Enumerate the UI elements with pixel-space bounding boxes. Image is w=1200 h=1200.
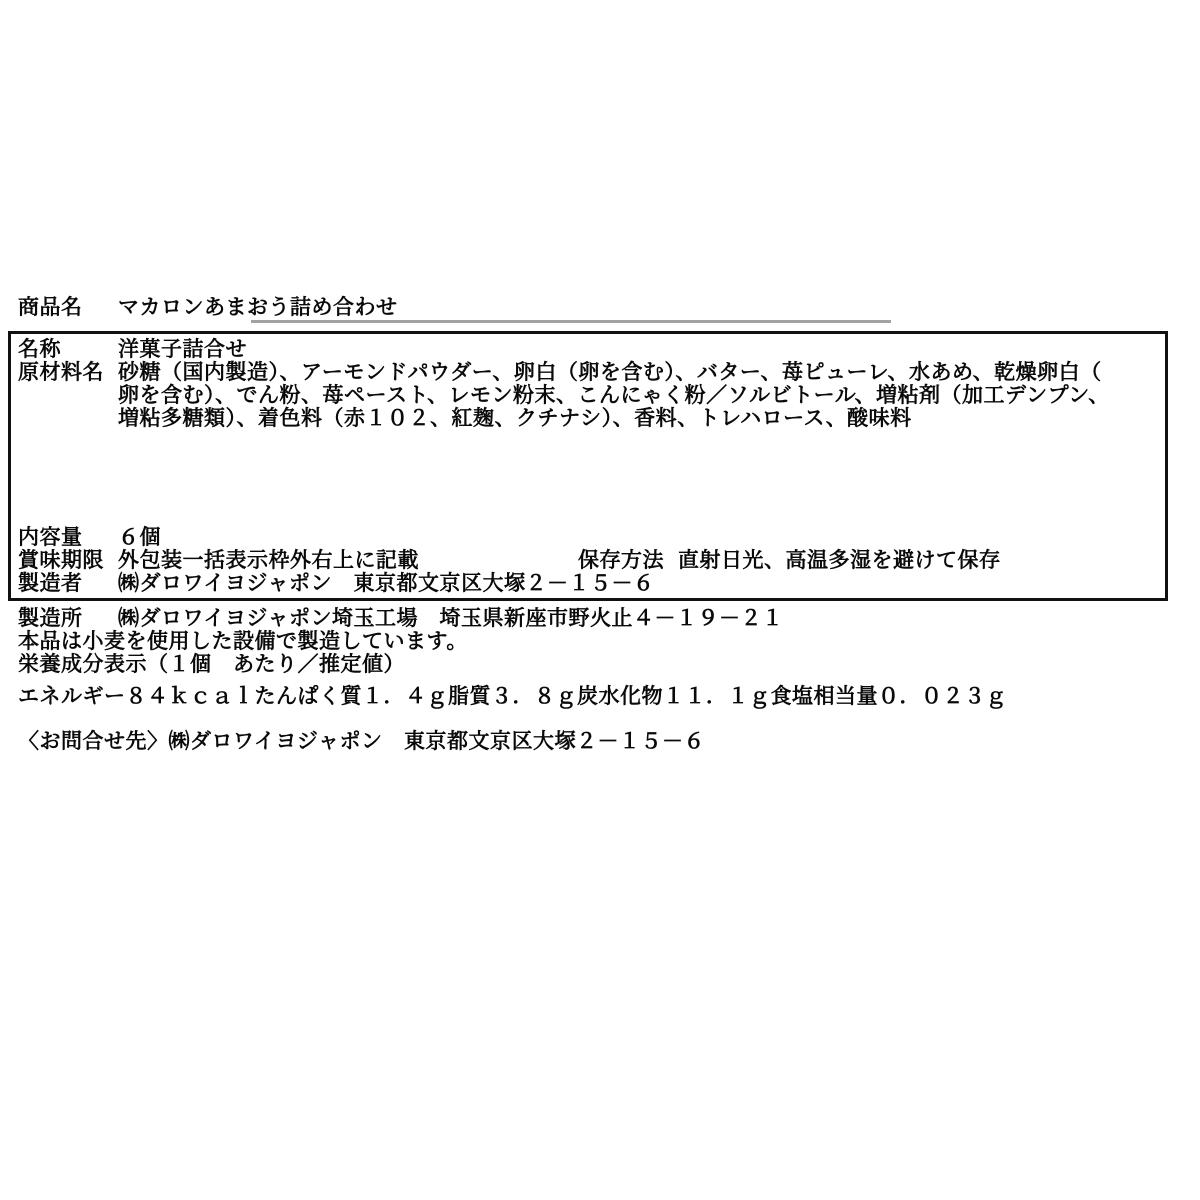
ingredients-text: 砂糖（国内製造）、アーモンドパウダー、卵白（卵を含む）、バター、苺ピューレ、水あ… (118, 361, 1110, 430)
allergen-note: 本品は小麦を使用した設備で製造しています。 (18, 630, 1200, 653)
manufacturer-value: ㈱ダロワイヨジャポン 東京都文京区大塚２－１５－６ (118, 572, 654, 595)
contents-label: 内容量 (18, 526, 118, 549)
contents-row: 内容量 ６個 (18, 526, 1165, 549)
best-before-value: 外包装一括表示枠外右上に記載 (118, 549, 578, 572)
name-label: 名称 (18, 338, 118, 361)
blank-space (18, 430, 1165, 526)
label-scan-sheet: 商品名 マカロンあまおう詰め合わせ 名称 洋菓子詰合せ 原材料名 砂糖（国内製造… (0, 0, 1200, 1200)
product-name-row: 商品名 マカロンあまおう詰め合わせ (0, 296, 1200, 319)
best-before-label: 賞味期限 (18, 549, 118, 572)
nutrition-values: エネルギー８４ｋｃａｌたんぱく質１．４ｇ脂質３．８ｇ炭水化物１１．１ｇ食塩相当量… (18, 685, 1200, 708)
factory-row: 製造所 ㈱ダロワイヨジャポン埼玉工場 埼玉県新座市野火止４－１９－２１ (18, 607, 1200, 630)
ingredients-row: 原材料名 砂糖（国内製造）、アーモンドパウダー、卵白（卵を含む）、バター、苺ピュ… (18, 361, 1165, 430)
nutrition-title: 栄養成分表示（１個 あたり／推定値） (18, 653, 1200, 676)
spec-box: 名称 洋菓子詰合せ 原材料名 砂糖（国内製造）、アーモンドパウダー、卵白（卵を含… (8, 331, 1168, 601)
ingredients-label: 原材料名 (18, 361, 118, 430)
name-value: 洋菓子詰合せ (118, 338, 247, 361)
product-name-label: 商品名 (18, 296, 118, 319)
name-row: 名称 洋菓子詰合せ (18, 338, 1165, 361)
ingredients-line: 増粘多糖類）、着色料（赤１０２、紅麹、クチナシ）、香料、トレハロース、酸味料 (118, 407, 1110, 430)
label-content: 商品名 マカロンあまおう詰め合わせ 名称 洋菓子詰合せ 原材料名 砂糖（国内製造… (0, 296, 1200, 753)
ingredients-line: 卵を含む）、でん粉、苺ペースト、レモン粉末、こんにゃく粉／ソルビトール、増粘剤（… (118, 384, 1110, 407)
below-box-section: 製造所 ㈱ダロワイヨジャポン埼玉工場 埼玉県新座市野火止４－１９－２１ 本品は小… (0, 607, 1200, 753)
manufacturer-row: 製造者 ㈱ダロワイヨジャポン 東京都文京区大塚２－１５－６ (18, 572, 1165, 595)
manufacturer-label: 製造者 (18, 572, 118, 595)
storage-label: 保存方法 (578, 549, 678, 572)
factory-label: 製造所 (18, 607, 118, 630)
scan-artifact (251, 320, 891, 323)
contact-info: 〈お問合せ先〉㈱ダロワイヨジャポン 東京都文京区大塚２－１５－６ (18, 730, 1200, 753)
contents-value: ６個 (118, 526, 161, 549)
ingredients-line: 砂糖（国内製造）、アーモンドパウダー、卵白（卵を含む）、バター、苺ピューレ、水あ… (118, 361, 1110, 384)
factory-value: ㈱ダロワイヨジャポン埼玉工場 埼玉県新座市野火止４－１９－２１ (118, 607, 783, 630)
storage-value: 直射日光、高温多湿を避けて保存 (678, 549, 1001, 572)
product-name-value: マカロンあまおう詰め合わせ (118, 296, 398, 319)
best-before-storage-row: 賞味期限 外包装一括表示枠外右上に記載 保存方法 直射日光、高温多湿を避けて保存 (18, 549, 1165, 572)
